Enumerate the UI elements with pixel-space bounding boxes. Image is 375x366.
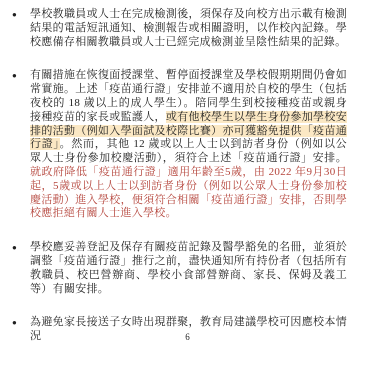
bullet-icon: ●	[12, 316, 30, 330]
text-segment-normal: 。然而，其他 12 歲或以上人士以到訪者身份（例如以公眾人士身份參加校慶活動），…	[30, 138, 347, 164]
bullet-list: ●學校教職員或人士在完成檢測後，須保存及向校方出示載有檢測結果的電話短訊通知、檢…	[12, 8, 347, 344]
text-segment-normal: 學校教職員或人士在完成檢測後，須保存及向校方出示載有檢測結果的電話短訊通知、檢測…	[30, 8, 347, 48]
bullet-text: 學校教職員或人士在完成檢測後，須保存及向校方出示載有檢測結果的電話短訊通知、檢測…	[30, 8, 347, 49]
bullet-text: 有關措施在恢復面授課堂、暫停面授課堂及學校假期期間仍會如常實施。上述「疫苗通行證…	[30, 69, 347, 221]
page-number: 6	[0, 332, 375, 342]
bullet-item: ●學校應妥善登記及保存有關疫苗記錄及醫學豁免的名冊，並須於調整「疫苗通行證」推行…	[12, 241, 347, 296]
bullet-item: ●學校教職員或人士在完成檢測後，須保存及向校方出示載有檢測結果的電話短訊通知、檢…	[12, 8, 347, 49]
document-page: ●學校教職員或人士在完成檢測後，須保存及向校方出示載有檢測結果的電話短訊通知、檢…	[0, 0, 375, 366]
bullet-item: ●有關措施在恢復面授課堂、暫停面授課堂及學校假期期間仍會如常實施。上述「疫苗通行…	[12, 69, 347, 221]
bullet-icon: ●	[12, 241, 30, 255]
bullet-icon: ●	[12, 8, 30, 22]
bullet-icon: ●	[12, 69, 30, 83]
text-segment-red: 就政府降低「疫苗通行證」適用年齡至5歲，由 2022 年9月30日起，5歲或以上…	[30, 166, 347, 219]
text-segment-normal: 學校應妥善登記及保存有關疫苗記錄及醫學豁免的名冊，並須於調整「疫苗通行證」推行之…	[30, 241, 347, 294]
bullet-text: 學校應妥善登記及保存有關疫苗記錄及醫學豁免的名冊，並須於調整「疫苗通行證」推行之…	[30, 241, 347, 296]
